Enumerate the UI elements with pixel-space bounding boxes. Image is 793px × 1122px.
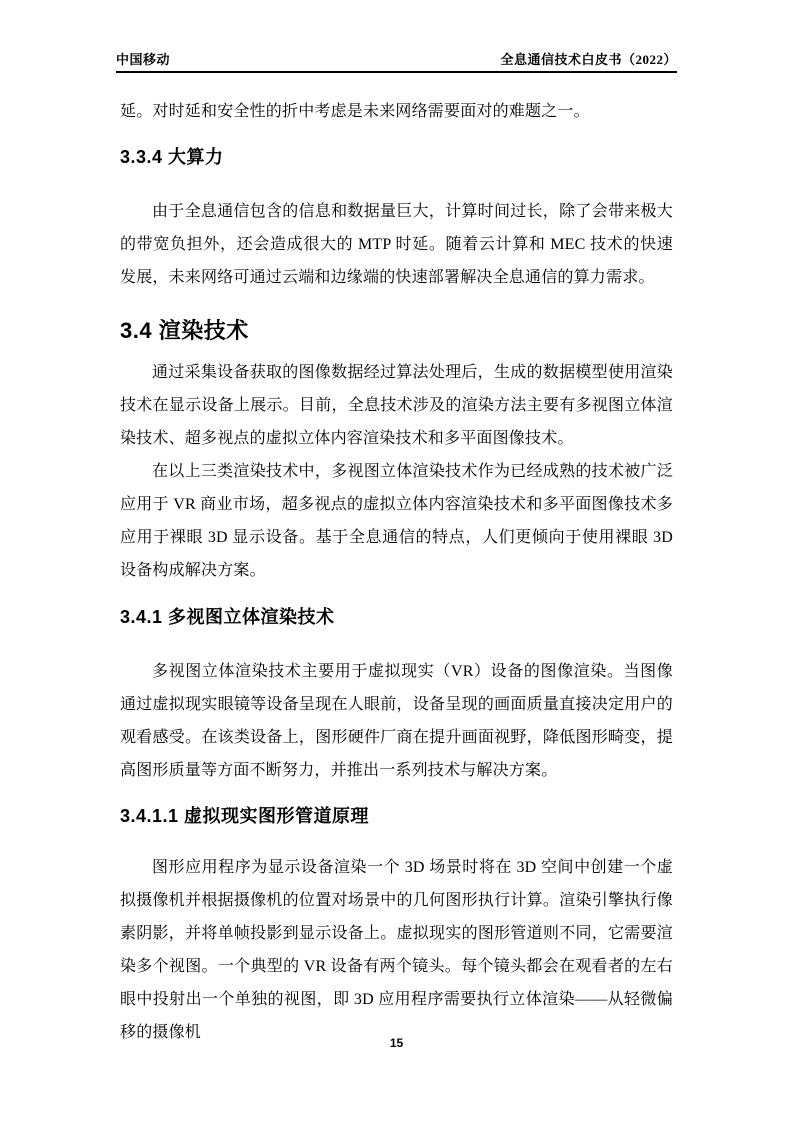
header-org-name: 中国移动 — [116, 49, 170, 68]
section-3-4-paragraph-2: 在以上三类渲染技术中，多视图立体渲染技术作为已经成熟的技术被广泛应用于 VR 商… — [120, 455, 673, 587]
page-header: 中国移动 全息通信技术白皮书（2022） — [116, 49, 677, 73]
continuation-paragraph: 延。对时延和安全性的折中考虑是未来网络需要面对的难题之一。 — [120, 95, 673, 128]
header-doc-title: 全息通信技术白皮书（2022） — [500, 49, 677, 68]
document-page: 中国移动 全息通信技术白皮书（2022） 延。对时延和安全性的折中考虑是未来网络… — [0, 0, 793, 1122]
section-3-4-paragraph-1: 通过采集设备获取的图像数据经过算法处理后，生成的数据模型使用渲染技术在显示设备上… — [120, 356, 673, 455]
section-3-4-1-paragraph: 多视图立体渲染技术主要用于虚拟现实（VR）设备的图像渲染。当图像通过虚拟现实眼镜… — [120, 655, 673, 787]
section-3-4-1-1-paragraph: 图形应用程序为显示设备渲染一个 3D 场景时将在 3D 空间中创建一个虚拟摄像机… — [120, 851, 673, 1049]
section-heading-3-4-1-1: 3.4.1.1 虚拟现实图形管道原理 — [120, 803, 369, 829]
section-heading-3-4-1: 3.4.1 多视图立体渲染技术 — [120, 604, 335, 630]
page-number: 15 — [0, 1036, 793, 1050]
section-3-3-4-paragraph: 由于全息通信包含的信息和数据量巨大，计算时间过长，除了会带来极大的带宽负担外，还… — [120, 195, 673, 294]
section-heading-3-4: 3.4 渲染技术 — [120, 316, 249, 346]
section-heading-3-3-4: 3.3.4 大算力 — [120, 144, 224, 170]
